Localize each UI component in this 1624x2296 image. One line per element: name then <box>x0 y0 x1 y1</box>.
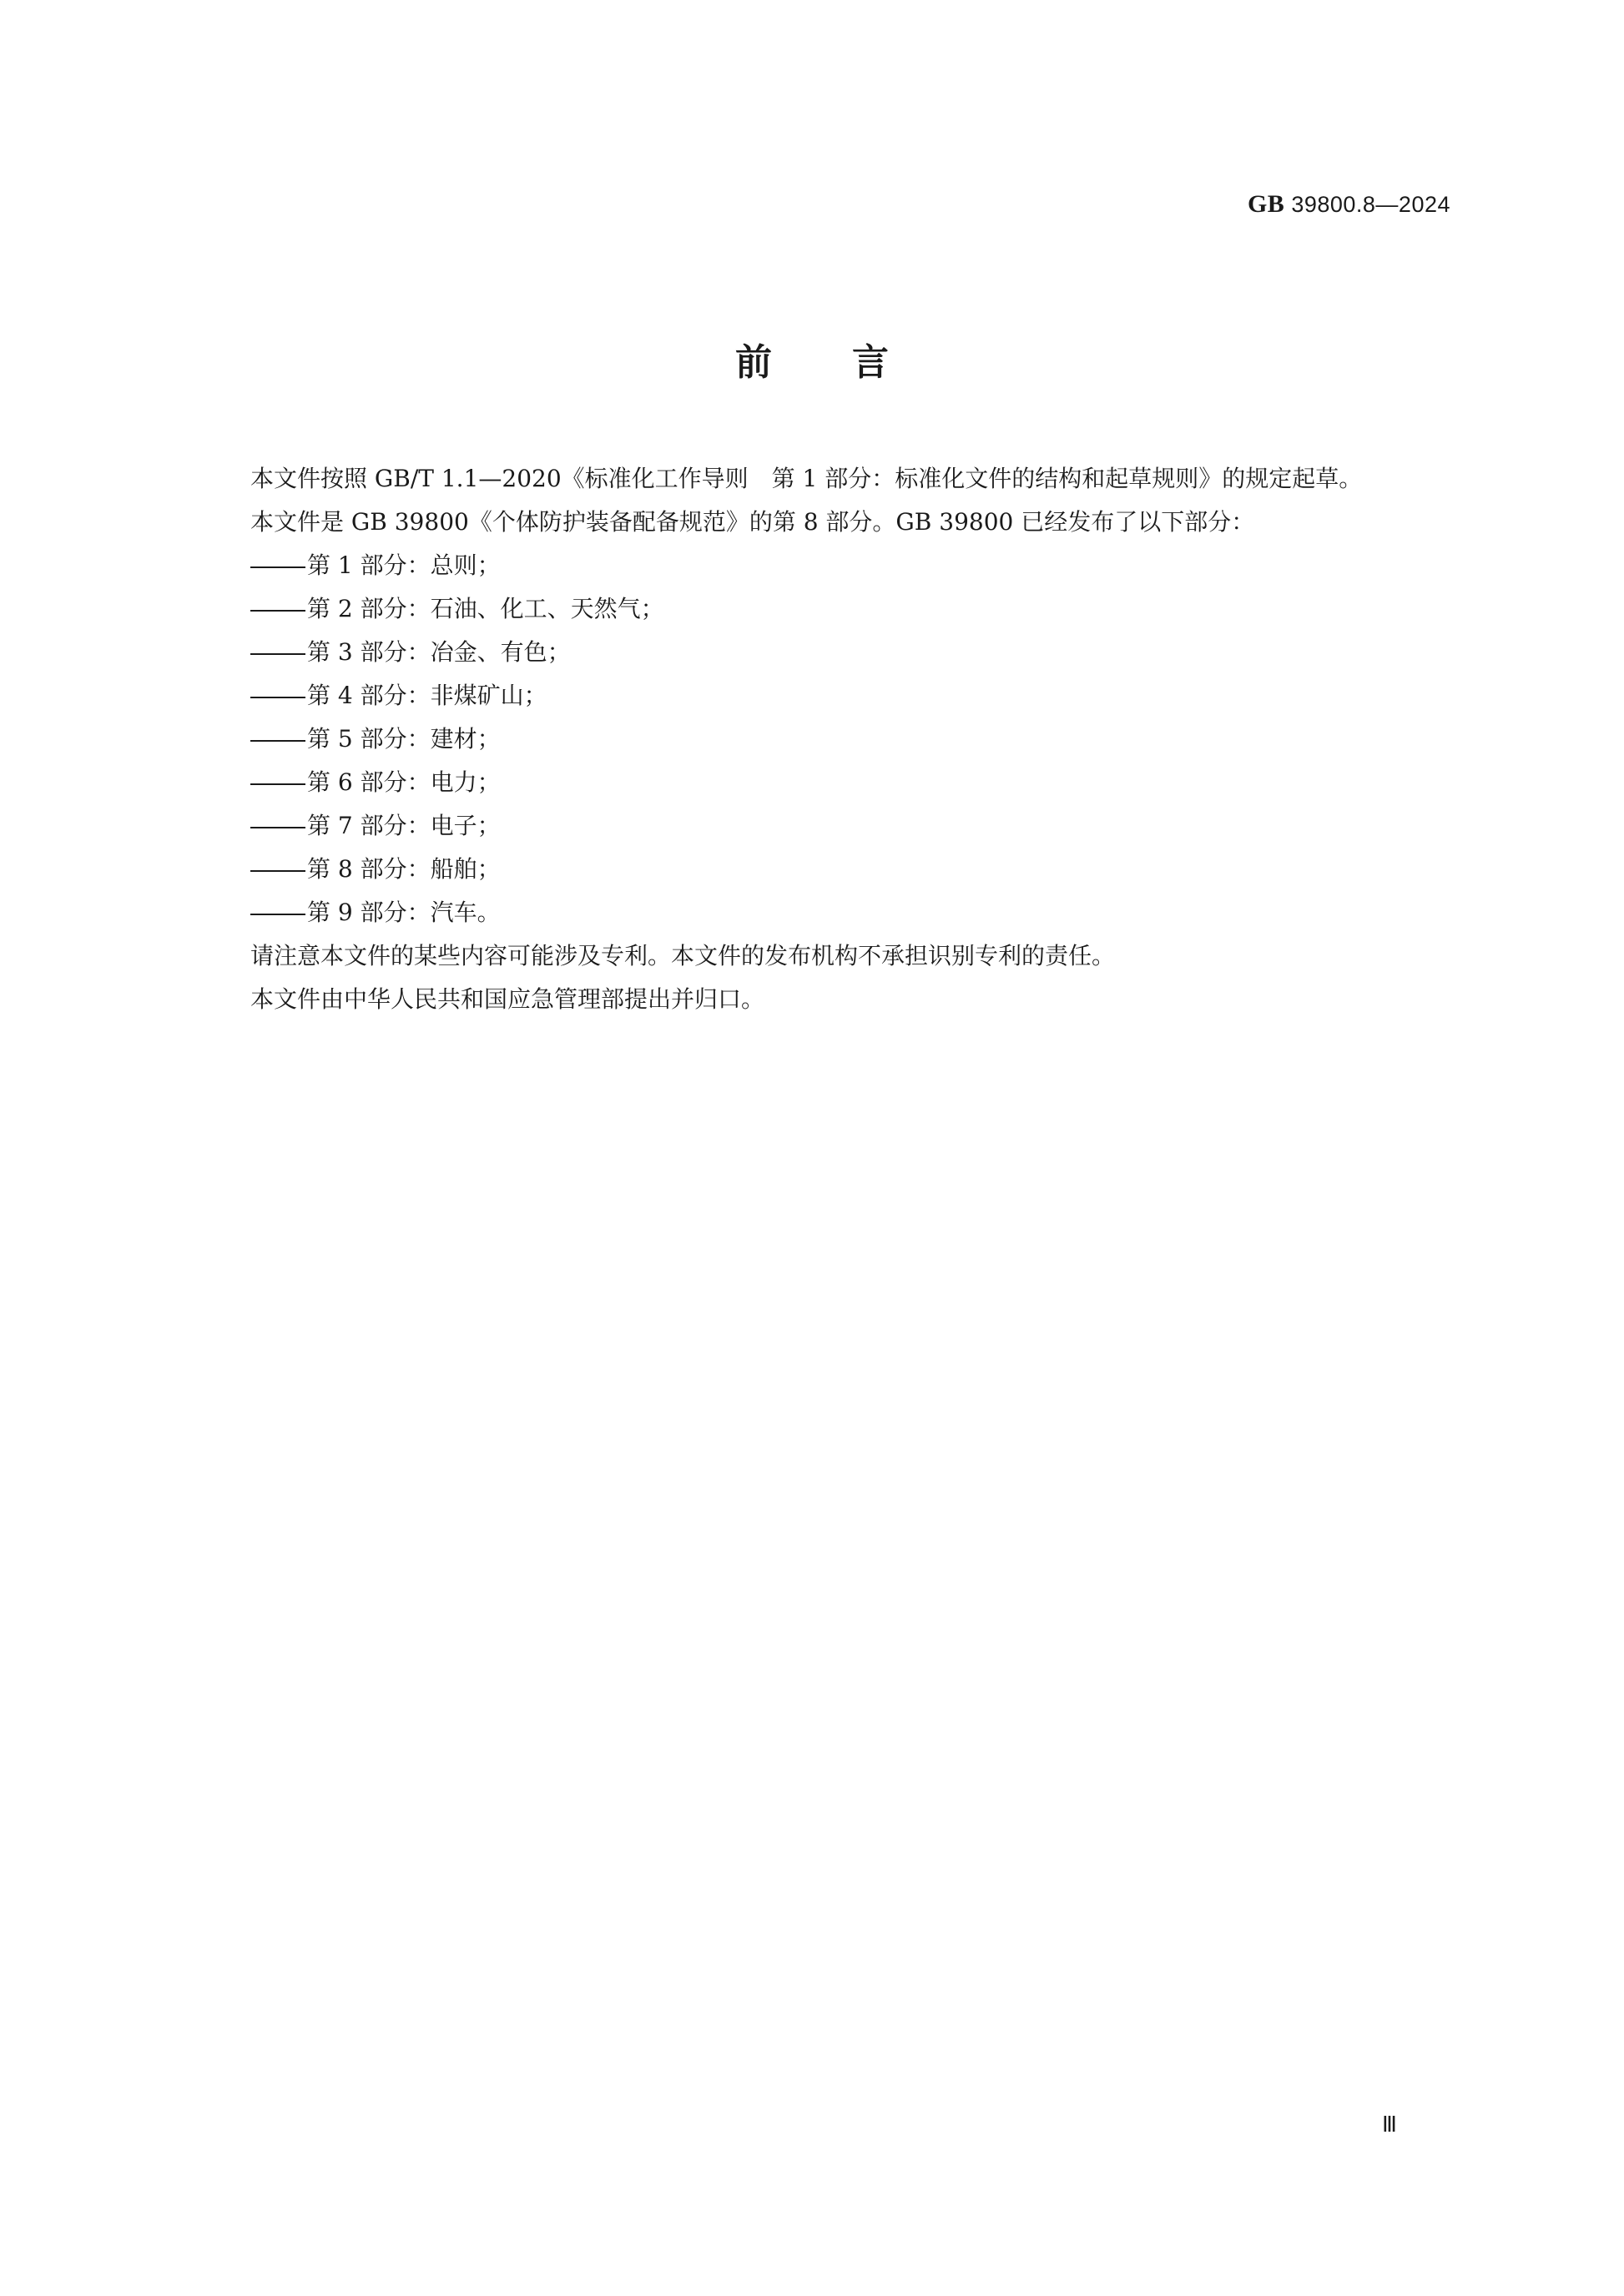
intro-paragraph: 本文件按照 GB/T 1.1—2020《标准化工作导则 第 1 部分：标准化文件… <box>195 457 1455 501</box>
dash-bullet-icon <box>250 697 305 698</box>
parts-list: 第 1 部分：总则； 第 2 部分：石油、化工、天然气； 第 3 部分：冶金、有… <box>195 544 1455 934</box>
dash-bullet-icon <box>250 610 305 612</box>
dash-bullet-icon <box>250 566 305 568</box>
list-item: 第 6 部分：电力； <box>195 761 1455 804</box>
list-item: 第 2 部分：石油、化工、天然气； <box>195 587 1455 631</box>
page-number: Ⅲ <box>1382 2112 1397 2137</box>
document-body: 本文件按照 GB/T 1.1—2020《标准化工作导则 第 1 部分：标准化文件… <box>195 457 1455 1021</box>
dash-bullet-icon <box>250 870 305 872</box>
list-item: 第 3 部分：冶金、有色； <box>195 631 1455 674</box>
standard-number: 39800.8—2024 <box>1284 192 1450 217</box>
list-item: 第 7 部分：电子； <box>195 804 1455 848</box>
standard-prefix: GB <box>1248 190 1284 218</box>
list-item: 第 9 部分：汽车。 <box>195 891 1455 934</box>
list-item: 第 1 部分：总则； <box>195 544 1455 587</box>
authority-notice: 本文件由中华人民共和国应急管理部提出并归口。 <box>195 978 1455 1021</box>
list-item: 第 5 部分：建材； <box>195 717 1455 761</box>
dash-bullet-icon <box>250 914 305 915</box>
list-item: 第 8 部分：船舶； <box>195 848 1455 891</box>
dash-bullet-icon <box>250 653 305 655</box>
series-paragraph: 本文件是 GB 39800《个体防护装备配备规范》的第 8 部分。GB 3980… <box>195 501 1455 544</box>
patent-notice: 请注意本文件的某些内容可能涉及专利。本文件的发布机构不承担识别专利的责任。 <box>195 934 1455 978</box>
page-title: 前言 <box>0 332 1624 385</box>
list-item: 第 4 部分：非煤矿山； <box>195 674 1455 717</box>
dash-bullet-icon <box>250 740 305 742</box>
standard-code: GB 39800.8—2024 <box>1248 190 1450 219</box>
dash-bullet-icon <box>250 783 305 785</box>
dash-bullet-icon <box>250 827 305 828</box>
